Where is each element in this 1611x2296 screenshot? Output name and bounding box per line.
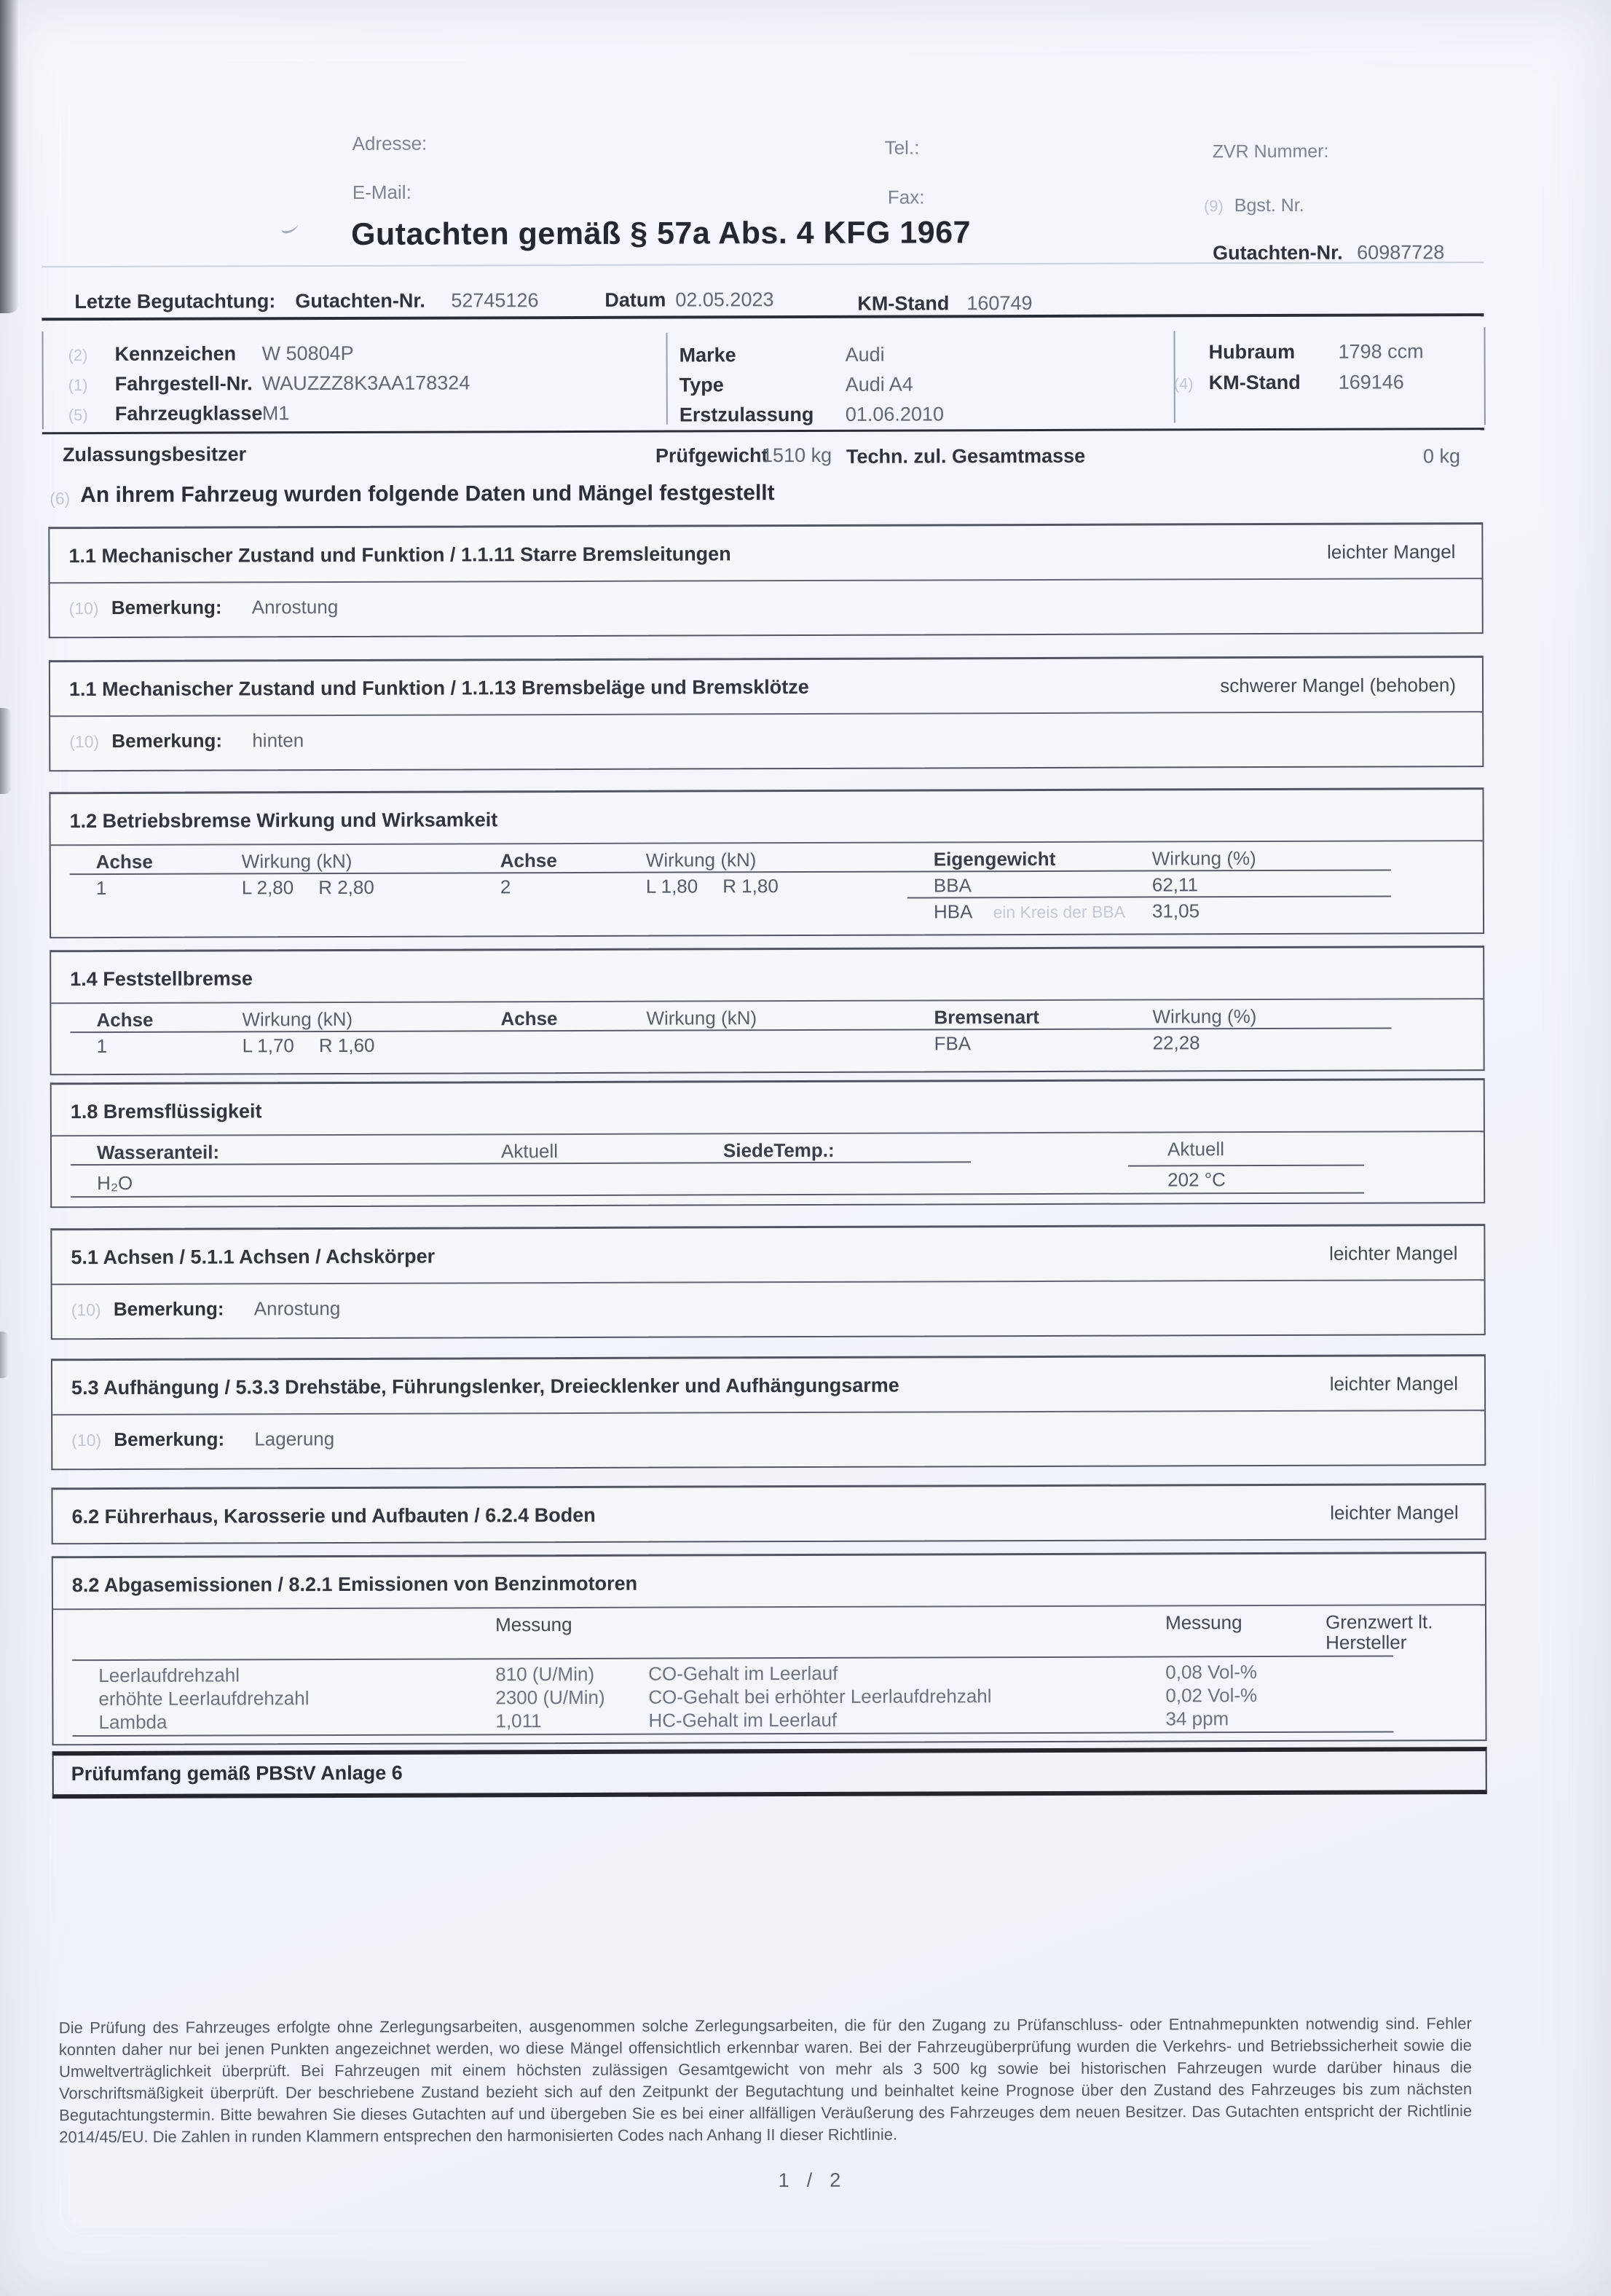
col-achse: Achse bbox=[96, 849, 242, 873]
km-stand-value: 169146 bbox=[1339, 371, 1404, 393]
bemerkung-value: Anrostung bbox=[252, 596, 339, 618]
messgroesse-label: Lambda bbox=[98, 1709, 495, 1734]
col-achse-2: Achse bbox=[500, 1007, 646, 1031]
feststellbremse-header-row: Achse Wirkung (kN) Achse Wirkung (kN) Br… bbox=[70, 1004, 1464, 1031]
wasseranteil-value: H₂O bbox=[97, 1170, 501, 1195]
achse-2-value bbox=[501, 1051, 647, 1052]
col-empty bbox=[98, 1631, 495, 1632]
messung-value-2: 0,08 Vol-% bbox=[1165, 1660, 1326, 1684]
defect-title: 5.1 Achsen / 5.1.1 Achsen / Achskörper bbox=[71, 1246, 435, 1270]
messung-value: 1,011 bbox=[495, 1709, 648, 1733]
hba-pct-value: 31,05 bbox=[1152, 898, 1464, 922]
bgst-label: Bgst. Nr. bbox=[1234, 195, 1304, 216]
achse-1-value: 1 bbox=[96, 1034, 242, 1058]
bgst-code: (9) bbox=[1204, 197, 1224, 215]
achse-1-value: 1 bbox=[96, 876, 242, 900]
defect-box-6-2-4: 6.2 Führerhaus, Karosserie und Aufbauten… bbox=[51, 1483, 1486, 1544]
bremsfluessigkeit-row: H₂O 202 °C bbox=[71, 1165, 1465, 1195]
section-title: 1.8 Bremsflüssigkeit bbox=[71, 1100, 262, 1123]
grenzwert-value bbox=[1326, 1678, 1466, 1678]
bemerkung-code: (10) bbox=[71, 1431, 101, 1450]
page-total: 2 bbox=[830, 2169, 840, 2191]
gesamtmasse-label: Techn. zul. Gesamtmasse bbox=[846, 445, 1085, 468]
bemerkung-value: Anrostung bbox=[254, 1297, 341, 1319]
letzte-km-label: KM-Stand bbox=[857, 292, 949, 315]
siedetemp-value bbox=[723, 1186, 1167, 1187]
erstzulassung-value: 01.06.2010 bbox=[846, 403, 944, 425]
feststellbremse-row: 1 L 1,70R 1,60 FBA 22,28 bbox=[70, 1029, 1464, 1058]
type-label: Type bbox=[680, 374, 724, 396]
bemerkung-label: Bemerkung: bbox=[114, 1428, 224, 1450]
kennzeichen-label: Kennzeichen bbox=[115, 342, 237, 366]
fahrzeugklasse-code: (5) bbox=[68, 406, 88, 425]
messgroesse-label: erhöhte Leerlaufdrehzahl bbox=[98, 1686, 495, 1710]
col-wirkung-kn: Wirkung (kN) bbox=[242, 1007, 500, 1031]
col-wirkung-kn: Wirkung (kN) bbox=[242, 849, 500, 873]
col-grenzwert: Grenzwert lt.Hersteller bbox=[1326, 1611, 1466, 1653]
betriebsbremse-box: 1.2 Betriebsbremse Wirkung und Wirksamke… bbox=[49, 787, 1484, 938]
document-content: Adresse: E-Mail: Tel.: Fax: ZVR Nummer: … bbox=[0, 0, 1611, 2296]
wirkung-1-value: L 1,70R 1,60 bbox=[242, 1033, 500, 1057]
divider-heavy-above-vehicle bbox=[42, 313, 1484, 321]
abgas-header-row: Messung Messung Grenzwert lt.Hersteller bbox=[72, 1611, 1466, 1656]
kennzeichen-value: W 50804P bbox=[262, 342, 354, 365]
bgst-label-row: (9) Bgst. Nr. bbox=[1204, 195, 1304, 216]
col-empty-2 bbox=[648, 1629, 1165, 1630]
bba-pct-value: 62,11 bbox=[1152, 872, 1464, 896]
page-current: 1 bbox=[779, 2169, 789, 2191]
severity-badge: leichter Mangel bbox=[1330, 1372, 1458, 1396]
bemerkung-value: Lagerung bbox=[254, 1428, 334, 1450]
km-stand-code: (4) bbox=[1174, 374, 1194, 393]
bemerkung-label: Bemerkung: bbox=[114, 1298, 224, 1320]
divider-heavy-below-vehicle bbox=[42, 428, 1484, 434]
letzte-gutachten-nr-value: 52745126 bbox=[451, 289, 538, 312]
pruefumfang-label: Prüfumfang gemäß PBStV Anlage 6 bbox=[71, 1762, 403, 1785]
adresse-label: Adresse: bbox=[352, 133, 428, 155]
zulassungsbesitzer-label: Zulassungsbesitzer bbox=[63, 443, 246, 466]
hubraum-value: 1798 ccm bbox=[1339, 340, 1424, 363]
kennzeichen-code: (2) bbox=[68, 346, 88, 365]
bemerkung-label: Bemerkung: bbox=[111, 597, 222, 618]
hba-ghost-note: ein Kreis der BBA bbox=[993, 903, 1125, 922]
marke-label: Marke bbox=[680, 344, 736, 366]
bemerkung-code: (10) bbox=[69, 732, 99, 751]
gesamtmasse-value: 0 kg bbox=[1423, 445, 1460, 468]
findings-code: (6) bbox=[50, 489, 70, 508]
bremsfluessigkeit-header-row: Wasseranteil: Aktuell SiedeTemp.: Aktuel… bbox=[71, 1136, 1465, 1164]
letzte-km-value: 160749 bbox=[966, 292, 1032, 315]
email-label: E-Mail: bbox=[352, 181, 411, 204]
fahrgestell-code: (1) bbox=[68, 376, 88, 395]
aktuell-2-value: 202 °C bbox=[1167, 1167, 1465, 1191]
col-bremsenart: Bremsenart bbox=[934, 1005, 1152, 1029]
messgroesse-label-2: CO-Gehalt im Leerlauf bbox=[648, 1660, 1165, 1685]
wirkung-1-value: L 2,80R 2,80 bbox=[242, 875, 500, 899]
page-separator: / bbox=[807, 2169, 813, 2191]
messung-value-2: 0,02 Vol-% bbox=[1165, 1683, 1326, 1707]
page-indicator: 1/2 bbox=[4, 2167, 1611, 2195]
wirkung-2-value: L 1,80R 1,80 bbox=[646, 873, 934, 897]
abgas-row: Leerlaufdrehzahl 810 (U/Min) CO-Gehalt i… bbox=[72, 1656, 1466, 1687]
abgas-row: Lambda 1,011 HC-Gehalt im Leerlauf 34 pp… bbox=[72, 1706, 1466, 1734]
scanned-inspection-document: Adresse: E-Mail: Tel.: Fax: ZVR Nummer: … bbox=[0, 0, 1611, 2296]
gutachten-nr-value: 60987728 bbox=[1357, 241, 1444, 264]
bemerkung-value: hinten bbox=[252, 729, 304, 751]
col-messung-2: Messung bbox=[1165, 1612, 1326, 1633]
divider-under-title bbox=[42, 262, 1484, 267]
letzte-datum-label: Datum bbox=[604, 289, 666, 312]
messung-value: 810 (U/Min) bbox=[495, 1662, 648, 1686]
defect-title: 1.1 Mechanischer Zustand und Funktion / … bbox=[68, 543, 730, 567]
fahrgestell-label: Fahrgestell-Nr. bbox=[115, 372, 253, 396]
section-title: 1.2 Betriebsbremse Wirkung und Wirksamke… bbox=[70, 809, 498, 833]
col-siedetemp: SiedeTemp.: bbox=[723, 1137, 1167, 1162]
col-messung-1: Messung bbox=[495, 1614, 648, 1635]
feststellbremse-box: 1.4 Feststellbremse Achse Wirkung (kN) A… bbox=[50, 945, 1485, 1075]
gutachten-nr-label: Gutachten-Nr. bbox=[1213, 242, 1343, 265]
hba-row: HBAein Kreis der BBA 31,05 bbox=[70, 897, 1464, 927]
bba-label: BBA bbox=[934, 873, 1152, 897]
messgroesse-label-2: HC-Gehalt im Leerlauf bbox=[648, 1707, 1165, 1731]
aktuell-1-value bbox=[501, 1187, 723, 1188]
achse-2-value: 2 bbox=[500, 875, 646, 899]
col-wirkung-kn-2: Wirkung (kN) bbox=[646, 847, 934, 871]
messgroesse-label-2: CO-Gehalt bei erhöhter Leerlaufdrehzahl bbox=[648, 1683, 1165, 1708]
messung-value: 2300 (U/Min) bbox=[495, 1686, 648, 1710]
letzte-datum-value: 02.05.2023 bbox=[675, 288, 773, 311]
fax-label: Fax: bbox=[888, 186, 925, 208]
vehicle-box-divider-1 bbox=[666, 333, 667, 425]
erstzulassung-label: Erstzulassung bbox=[680, 404, 814, 427]
betriebsbremse-row: 1 L 2,80R 2,80 2 L 1,80R 1,80 BBA 62,11 bbox=[70, 870, 1464, 900]
messung-value-2: 34 ppm bbox=[1165, 1707, 1326, 1731]
hubraum-label: Hubraum bbox=[1209, 341, 1296, 363]
bemerkung-label: Bemerkung: bbox=[111, 730, 222, 752]
defect-box-5-1-1: 5.1 Achsen / 5.1.1 Achsen / Achskörper l… bbox=[50, 1224, 1485, 1340]
col-eigengewicht: Eigengewicht bbox=[934, 847, 1152, 871]
findings-heading: An ihrem Fahrzeug wurden folgende Daten … bbox=[80, 481, 775, 508]
type-value: Audi A4 bbox=[846, 374, 913, 396]
letzte-begutachtung-label: Letzte Begutachtung: bbox=[74, 290, 275, 313]
severity-badge: leichter Mangel bbox=[1330, 1501, 1458, 1525]
pruefumfang-box: Prüfumfang gemäß PBStV Anlage 6 bbox=[52, 1747, 1487, 1798]
pruefgewicht-label: Prüfgewicht bbox=[655, 444, 768, 467]
wirkung-pct-value: 22,28 bbox=[1152, 1030, 1464, 1054]
wirkung-2-value bbox=[647, 1050, 934, 1050]
defect-box-5-3-3: 5.3 Aufhängung / 5.3.3 Drehstäbe, Führun… bbox=[51, 1354, 1486, 1470]
pruefgewicht-value: 1510 kg bbox=[762, 444, 832, 467]
col-wasseranteil: Wasseranteil: bbox=[97, 1139, 501, 1164]
fahrzeugklasse-label: Fahrzeugklasse bbox=[115, 402, 263, 425]
betriebsbremse-header-row: Achse Wirkung (kN) Achse Wirkung (kN) Ei… bbox=[70, 846, 1464, 873]
bemerkung-code: (10) bbox=[69, 599, 99, 618]
hba-label: HBAein Kreis der BBA bbox=[934, 900, 1152, 924]
document-title: Gutachten gemäß § 57a Abs. 4 KFG 1967 bbox=[351, 215, 971, 253]
col-aktuell-2: Aktuell bbox=[1167, 1136, 1465, 1160]
grenzwert-value bbox=[1326, 1724, 1466, 1725]
col-aktuell-1: Aktuell bbox=[501, 1139, 723, 1163]
legal-fine-print: Die Prüfung des Fahrzeuges erfolgte ohne… bbox=[59, 2013, 1473, 2148]
defect-box-1-1-13: 1.1 Mechanischer Zustand und Funktion / … bbox=[49, 656, 1484, 771]
section-title: 1.4 Feststellbremse bbox=[70, 967, 253, 991]
col-wirkung-kn-2: Wirkung (kN) bbox=[646, 1005, 934, 1029]
fahrzeugklasse-value: M1 bbox=[262, 402, 290, 425]
bemerkung-code: (10) bbox=[71, 1300, 101, 1319]
zvr-label: ZVR Nummer: bbox=[1213, 141, 1329, 163]
bremsfluessigkeit-box: 1.8 Bremsflüssigkeit Wasseranteil: Aktue… bbox=[50, 1078, 1486, 1208]
tel-label: Tel.: bbox=[885, 137, 920, 160]
severity-badge: leichter Mangel bbox=[1329, 1242, 1457, 1265]
defect-box-1-1-11: 1.1 Mechanischer Zustand und Funktion / … bbox=[48, 522, 1483, 638]
km-stand-label: KM-Stand bbox=[1209, 371, 1301, 394]
grenzwert-value bbox=[1326, 1701, 1466, 1702]
defect-title: 1.1 Mechanischer Zustand und Funktion / … bbox=[69, 676, 809, 701]
marke-value: Audi bbox=[846, 344, 885, 366]
abgasemissionen-box: 8.2 Abgasemissionen / 8.2.1 Emissionen v… bbox=[52, 1552, 1487, 1745]
messgroesse-label: Leerlaufdrehzahl bbox=[98, 1662, 495, 1687]
fahrgestell-value: WAUZZZ8K3AA178324 bbox=[262, 371, 470, 395]
severity-badge: leichter Mangel bbox=[1327, 540, 1455, 564]
defect-title: 5.3 Aufhängung / 5.3.3 Drehstäbe, Führun… bbox=[71, 1375, 899, 1400]
letzte-gutachten-nr-label: Gutachten-Nr. bbox=[295, 290, 425, 313]
severity-badge: schwerer Mangel (behoben) bbox=[1220, 674, 1456, 697]
col-achse-2: Achse bbox=[500, 849, 646, 873]
section-title: 8.2 Abgasemissionen / 8.2.1 Emissionen v… bbox=[72, 1573, 637, 1597]
bremsenart-value: FBA bbox=[934, 1031, 1152, 1055]
defect-title: 6.2 Führerhaus, Karosserie und Aufbauten… bbox=[72, 1504, 596, 1528]
findings-column: 1.1 Mechanischer Zustand und Funktion / … bbox=[48, 522, 1486, 1798]
col-wirkung-pct: Wirkung (%) bbox=[1152, 1004, 1464, 1028]
col-wirkung-pct: Wirkung (%) bbox=[1152, 846, 1464, 870]
col-achse: Achse bbox=[96, 1007, 242, 1031]
